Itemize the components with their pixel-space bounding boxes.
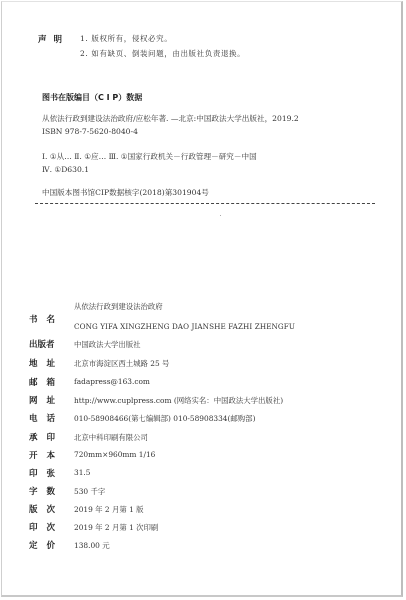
value-price: 138.00 元 [74,540,110,551]
value-word-count: 530 千字 [74,486,105,497]
decorative-dot [220,215,221,216]
label-format: 开本 [29,449,64,461]
value-edition: 2019 年 2 月第 1 版 [74,504,144,515]
label-phone: 电话 [29,412,64,424]
label-email: 邮箱 [29,376,64,388]
cip-classification: Ⅳ. ①D630.1 [42,165,89,174]
value-address: 北京市海淀区西土城路 25 号 [74,358,169,369]
cip-title: 图书在版编目（C I P）数据 [42,92,142,103]
notice-line-1: 1. 版权所有，侵权必究。 [80,33,172,44]
value-title-pinyin: CONG YIFA XINGZHENG DAO JIANSHE FAZHI ZH… [74,322,295,331]
value-website: http://www.cuplpress.com (网络实名：中国政法大学出版社… [74,395,283,406]
notice-label: 声明 [38,33,69,45]
cip-entry: 从依法行政到建设法治政府/应松年著. —北京:中国政法大学出版社，2019.2 [42,113,299,124]
label-sheets: 印张 [29,467,64,479]
label-edition: 版次 [29,503,64,515]
value-title: 从依法行政到建设法治政府 [74,301,163,312]
value-printer: 北京中科印刷有限公司 [74,432,148,443]
value-phone: 010-58908466(第七编辑部) 010-58908334(邮购部) [74,413,255,424]
value-sheets: 31.5 [74,468,90,477]
label-title: 书名 [29,313,64,325]
label-address: 地址 [29,357,64,369]
label-printing: 印次 [29,521,64,533]
label-website: 网址 [29,394,64,406]
label-word-count: 字数 [29,485,64,497]
cip-subjects: Ⅰ. ①从… Ⅱ. ①应… Ⅲ. ①国家行政机关－行政管理－研究－中国 [42,151,257,162]
copyright-page: 声明 1. 版权所有，侵权必究。 2. 如有缺页、倒装问题，由出版社负责退换。 … [1,1,403,597]
value-email: fadapress@163.com [74,377,150,386]
notice-line-2: 2. 如有缺页、倒装问题，由出版社负责退换。 [80,48,245,59]
cip-check-number: 中国版本图书馆CIP数据核字(2018)第301904号 [42,187,209,198]
cip-isbn: ISBN 978-7-5620-8040-4 [42,127,138,136]
value-printing: 2019 年 2 月第 1 次印刷 [74,522,158,533]
label-printer: 承印 [29,431,64,443]
value-publisher: 中国政法大学出版社 [74,339,141,350]
label-price: 定价 [29,539,64,551]
label-publisher: 出版者 [29,338,55,350]
value-format: 720mm×960mm 1/16 [74,450,155,459]
divider-dashed [35,203,375,204]
